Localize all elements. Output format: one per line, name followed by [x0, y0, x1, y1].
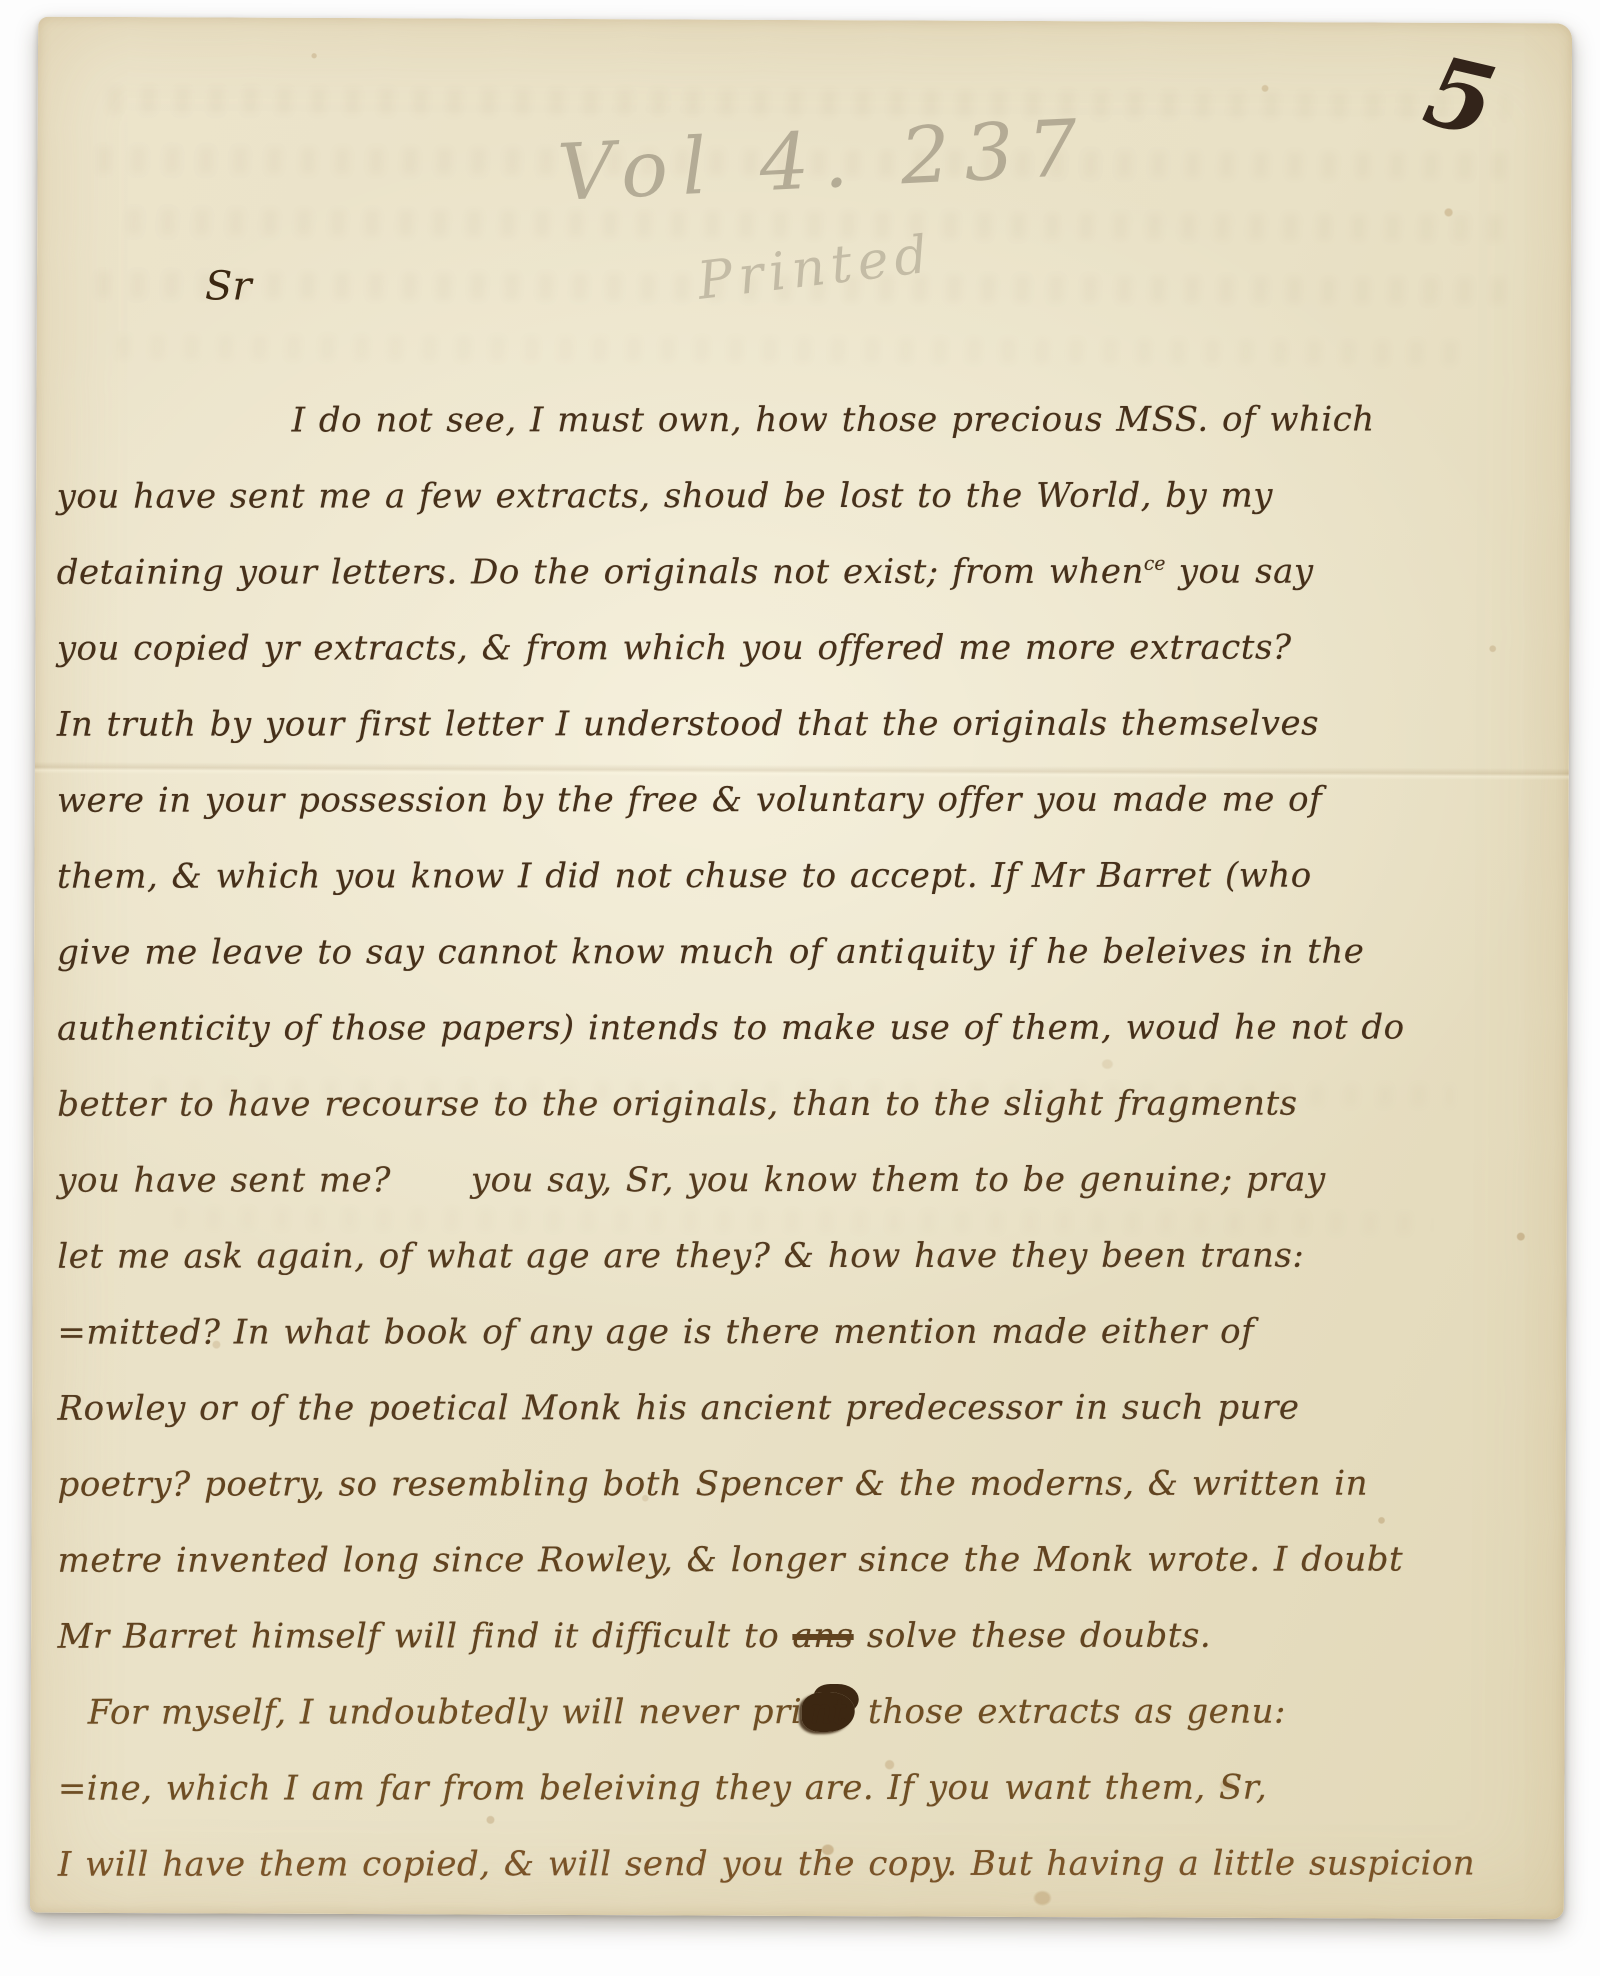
- letter-line: I do not see, I must own, how those prec…: [57, 381, 1559, 458]
- ink-strike: ans: [792, 1616, 853, 1656]
- folio-page-number: 5: [1417, 42, 1504, 151]
- letter-line: poetry? poetry, so resembling both Spenc…: [58, 1445, 1560, 1522]
- pencil-annotation-printed: Printed: [694, 224, 936, 311]
- letter-line: let me ask again, of what age are they? …: [57, 1217, 1559, 1294]
- letter-line: =mitted? In what book of any age is ther…: [57, 1293, 1559, 1370]
- pencil-annotation-volume: Vol 4. 237: [556, 103, 1094, 219]
- ink-showthrough: [117, 335, 1467, 365]
- letter-line: metre invented long since Rowley, & long…: [58, 1521, 1560, 1598]
- letter-line: you have sent me? you say, Sr, you know …: [57, 1141, 1559, 1218]
- letter-line: Rowley or of the poetical Monk his ancie…: [57, 1369, 1559, 1446]
- letter-line: were in your possession by the free & vo…: [57, 761, 1559, 838]
- letter-line: give me leave to say cannot know much of…: [57, 913, 1559, 990]
- letter-line: them, & which you know I did not chuse t…: [57, 837, 1559, 914]
- letter-line: Mr Barret himself will find it difficult…: [58, 1597, 1560, 1674]
- letter-line: For myself, I undoubtedly will never pri…: [58, 1673, 1560, 1750]
- letter-line: =ine, which I am far from beleiving they…: [58, 1749, 1560, 1826]
- letter-line: you copied yr extracts, & from which you…: [57, 609, 1559, 686]
- letter-page: 5 Vol 4. 237 Printed Sr I do not see, I …: [30, 17, 1572, 1920]
- ink-showthrough: [108, 87, 1508, 119]
- letter-line: authenticity of those papers) intends to…: [57, 989, 1559, 1066]
- letter-line: you have sent me a few extracts, shoud b…: [57, 457, 1559, 534]
- letter-body: I do not see, I must own, how those prec…: [57, 381, 1560, 1902]
- letter-line: I will have them copied, & will send you…: [58, 1825, 1560, 1902]
- ink-sup: ce: [1144, 554, 1166, 575]
- letter-line: detaining your letters. Do the originals…: [57, 533, 1559, 610]
- letter-line: better to have recourse to the originals…: [57, 1065, 1559, 1142]
- photographed-letter: 5 Vol 4. 237 Printed Sr I do not see, I …: [0, 0, 1600, 1976]
- letter-line: In truth by your first letter I understo…: [57, 685, 1559, 762]
- ink-showthrough: [127, 209, 1507, 241]
- salutation: Sr: [205, 263, 252, 309]
- ink-blot: nt: [802, 1692, 855, 1732]
